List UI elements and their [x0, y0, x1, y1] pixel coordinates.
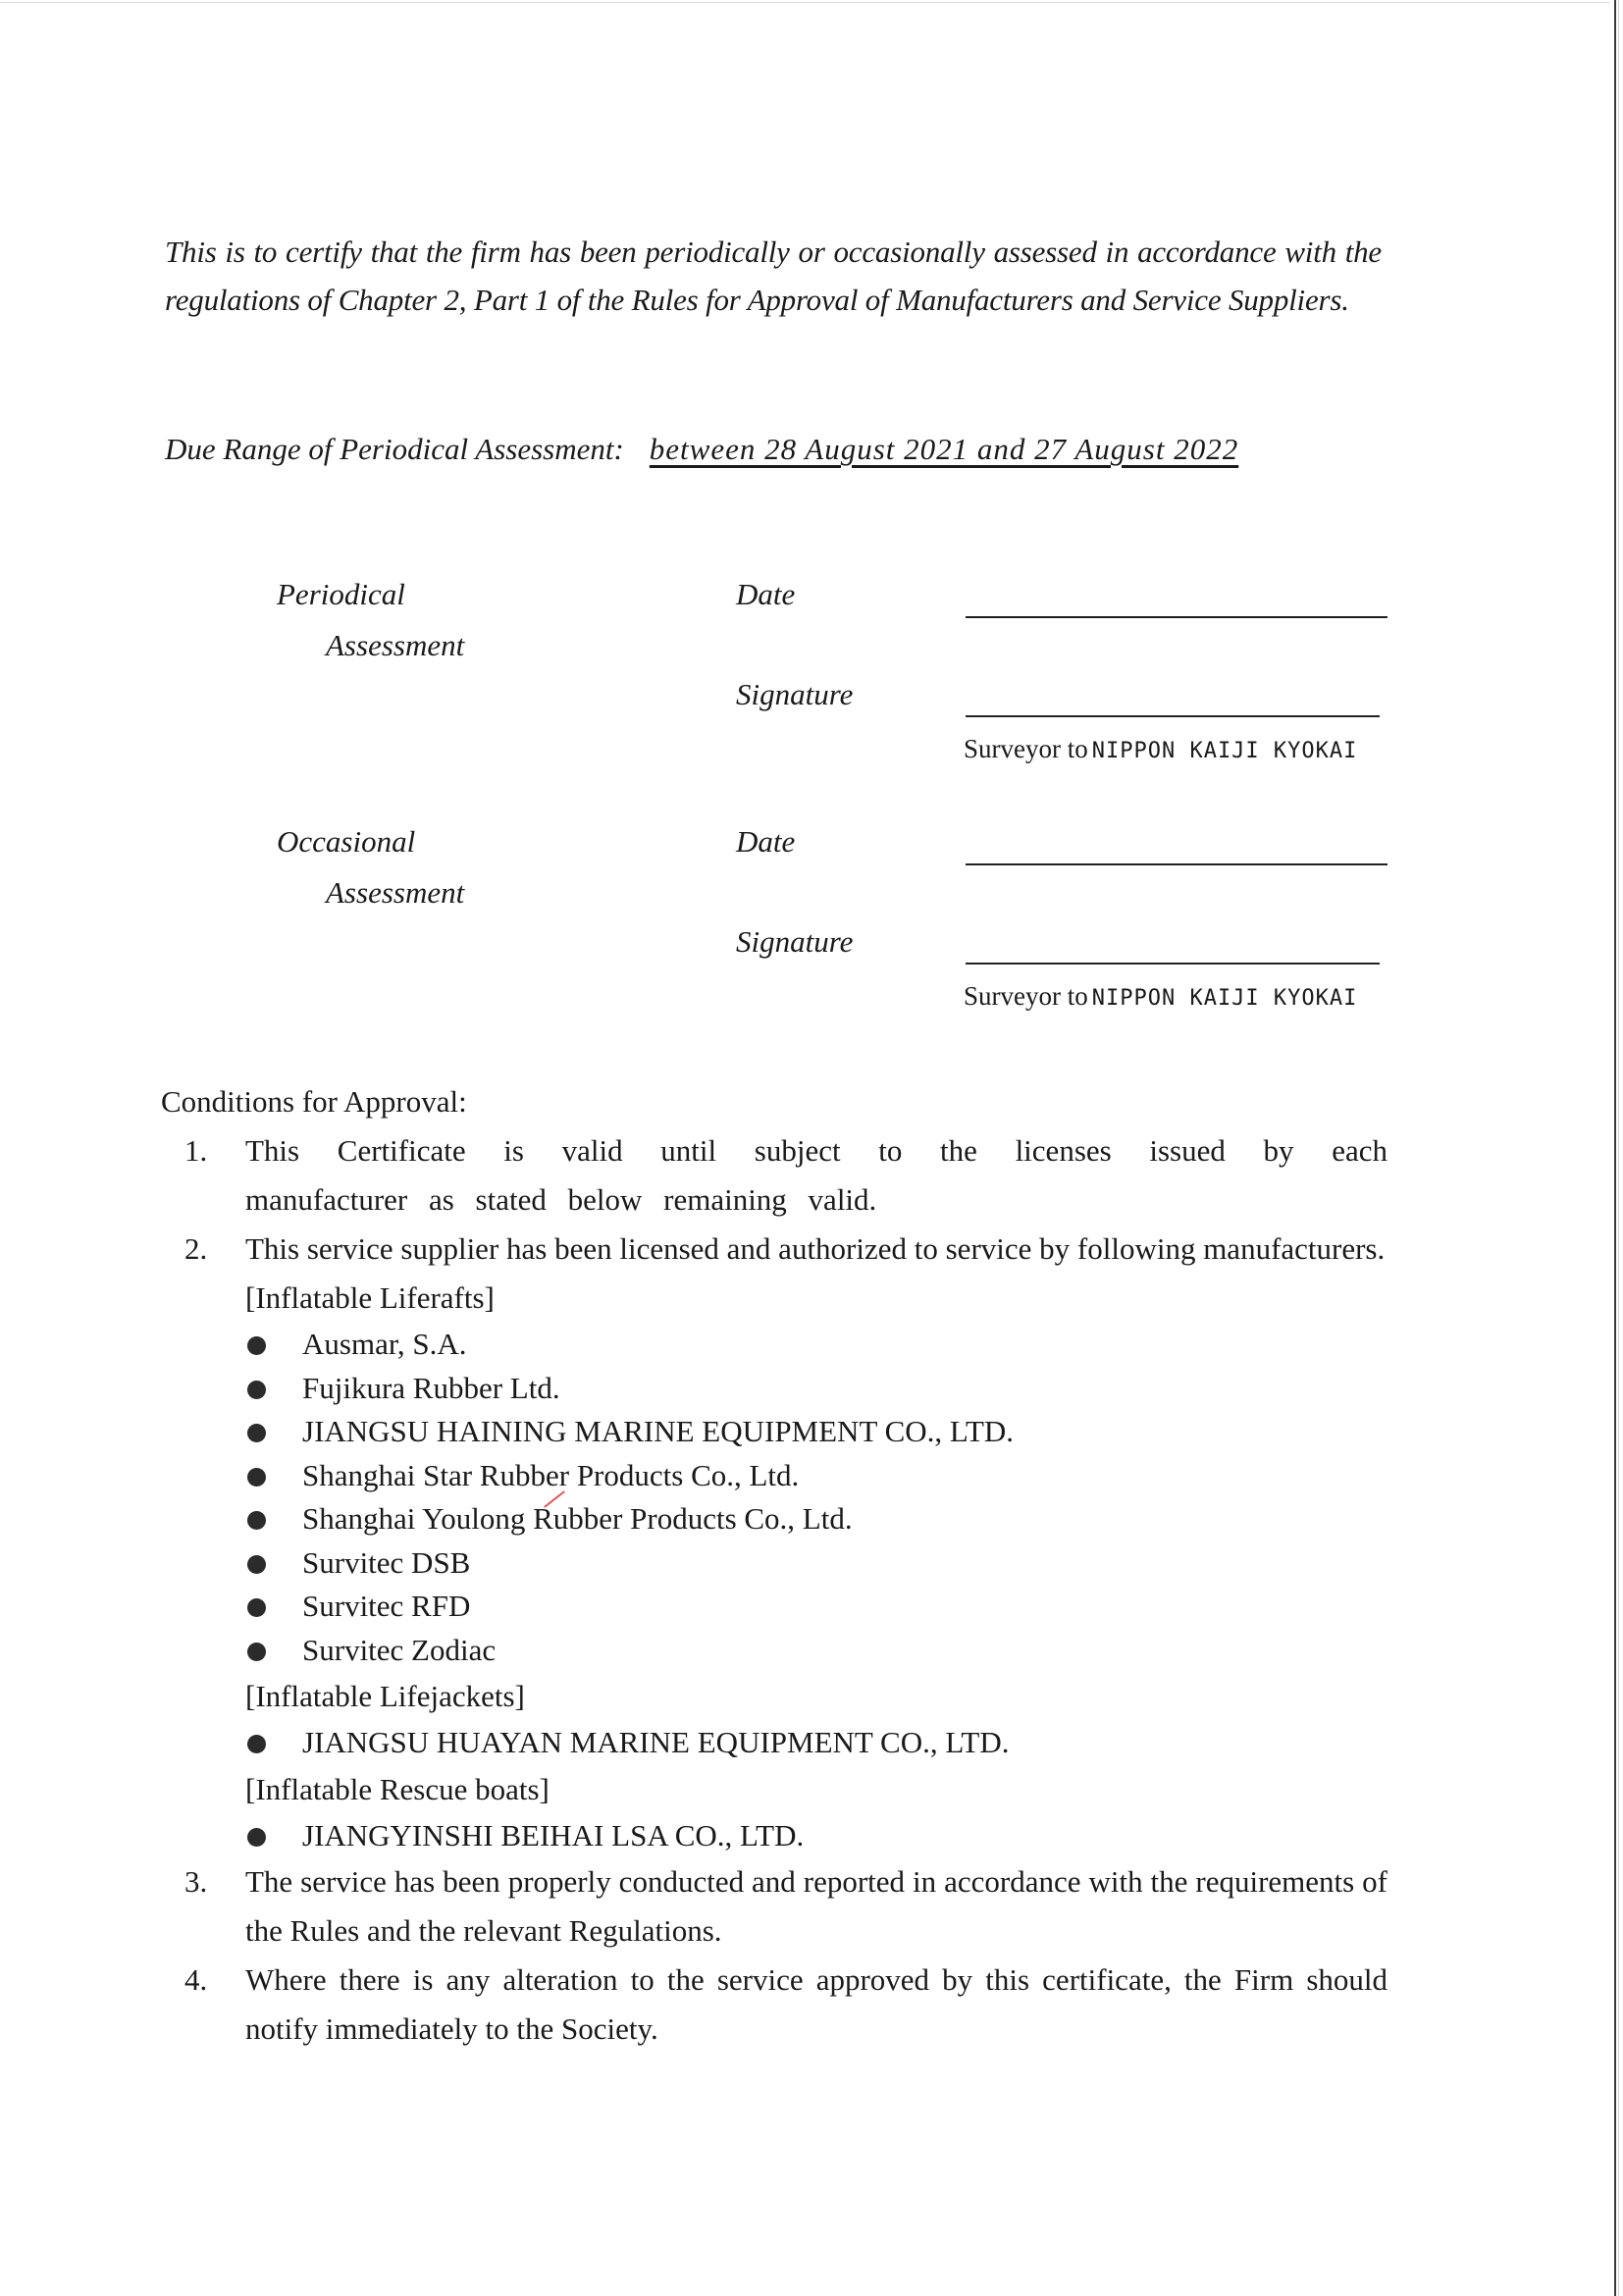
bullet-icon	[247, 1735, 266, 1753]
category-heading-lifejackets: [Inflatable Lifejackets]	[161, 1672, 1387, 1721]
bullet-icon	[247, 1555, 266, 1574]
periodical-date-label: Date	[736, 577, 795, 612]
manufacturer-item: JIANGSU HAINING MARINE EQUIPMENT CO., LT…	[161, 1410, 1387, 1454]
category-heading-liferafts: [Inflatable Liferafts]	[161, 1274, 1387, 1323]
due-range-value: between 28 August 2021 and 27 August 202…	[650, 432, 1238, 466]
condition-item-2: 2. This service supplier has been licens…	[161, 1225, 1387, 1274]
condition-number: 4.	[184, 1956, 207, 2005]
occasional-date-line[interactable]	[966, 863, 1387, 865]
manufacturer-name: Survitec Zodiac	[302, 1633, 496, 1667]
manufacturer-name: Shanghai Star Rubber Products Co., Ltd.	[302, 1458, 799, 1492]
occasional-label: Occasional	[277, 824, 415, 860]
occasional-signature-line[interactable]	[966, 963, 1380, 965]
manufacturer-item: Ausmar, S.A.	[161, 1323, 1387, 1367]
periodical-signature-label: Signature	[736, 677, 853, 712]
periodical-assessment-label: Assessment	[326, 628, 464, 663]
manufacturer-item: Shanghai Star Rubber Products Co., Ltd.	[161, 1454, 1387, 1498]
due-range: Due Range of Periodical Assessment:betwe…	[165, 432, 1238, 467]
surveyor-prefix: Surveyor to	[964, 734, 1088, 763]
scan-right-edge	[1614, 0, 1616, 2296]
bullet-icon	[247, 1828, 266, 1847]
manufacturer-name: Ausmar, S.A.	[302, 1327, 467, 1361]
surveyor-org: NIPPON KAIJI KYOKAI	[1092, 986, 1358, 1011]
due-range-label: Due Range of Periodical Assessment:	[165, 432, 624, 466]
manufacturer-item: Fujikura Rubber Ltd.	[161, 1367, 1387, 1411]
periodical-surveyor-caption: Surveyor toNIPPON KAIJI KYOKAI	[964, 734, 1357, 764]
conditions-section: Conditions for Approval: 1. This Certifi…	[161, 1077, 1387, 2054]
condition-item-1: 1. This Certificate is valid until subje…	[161, 1126, 1387, 1225]
scan-right-edge-shadow	[1618, 0, 1619, 2296]
periodical-date-line[interactable]	[966, 616, 1387, 618]
conditions-title: Conditions for Approval:	[161, 1077, 1387, 1126]
condition-text: The service has been properly conducted …	[245, 1864, 1387, 1948]
condition-item-4: 4. Where there is any alteration to the …	[161, 1956, 1387, 2054]
surveyor-prefix: Surveyor to	[964, 981, 1088, 1011]
bullet-icon	[247, 1424, 266, 1442]
manufacturer-item: JIANGSU HUAYAN MARINE EQUIPMENT CO., LTD…	[161, 1721, 1387, 1765]
occasional-signature-label: Signature	[736, 924, 853, 960]
periodical-label: Periodical	[277, 577, 405, 612]
occasional-assessment-label: Assessment	[326, 875, 464, 911]
bullet-icon	[247, 1336, 266, 1355]
condition-text: This service supplier has been licensed …	[245, 1231, 1385, 1266]
category-heading-rescue-boats: [Inflatable Rescue boats]	[161, 1765, 1387, 1814]
condition-number: 1.	[184, 1126, 207, 1175]
surveyor-org: NIPPON KAIJI KYOKAI	[1092, 739, 1358, 763]
manufacturer-name: Survitec DSB	[302, 1545, 470, 1580]
bullet-icon	[247, 1381, 266, 1399]
condition-number: 3.	[184, 1857, 207, 1906]
manufacturer-name: Survitec RFD	[302, 1589, 470, 1623]
manufacturer-item: Survitec DSB	[161, 1541, 1387, 1586]
manufacturer-item: Survitec RFD	[161, 1585, 1387, 1629]
condition-text: Where there is any alteration to the ser…	[245, 1962, 1387, 2046]
manufacturer-item: Shanghai Youlong Rubber Products Co., Lt…	[161, 1497, 1387, 1541]
manufacturer-name: Shanghai Youlong Rubber Products Co., Lt…	[302, 1501, 853, 1536]
bullet-icon	[247, 1468, 266, 1487]
condition-number: 2.	[184, 1225, 207, 1274]
manufacturer-name: JIANGYINSHI BEIHAI LSA CO., LTD.	[302, 1818, 804, 1852]
bullet-icon	[247, 1643, 266, 1661]
bullet-icon	[247, 1598, 266, 1617]
manufacturer-name: JIANGSU HAINING MARINE EQUIPMENT CO., LT…	[302, 1414, 1014, 1448]
occasional-date-label: Date	[736, 824, 795, 860]
bullet-icon	[247, 1511, 266, 1530]
certification-statement: This is to certify that the firm has bee…	[165, 228, 1382, 324]
manufacturer-item: Survitec Zodiac	[161, 1629, 1387, 1673]
occasional-surveyor-caption: Surveyor toNIPPON KAIJI KYOKAI	[964, 981, 1357, 1012]
manufacturer-name: JIANGSU HUAYAN MARINE EQUIPMENT CO., LTD…	[302, 1725, 1010, 1759]
manufacturer-item: JIANGYINSHI BEIHAI LSA CO., LTD.	[161, 1814, 1387, 1858]
periodical-signature-line[interactable]	[966, 715, 1380, 717]
scan-top-edge	[0, 2, 1609, 3]
manufacturer-name: Fujikura Rubber Ltd.	[302, 1371, 560, 1405]
condition-text: This Certificate is valid until subject …	[245, 1133, 1387, 1217]
condition-item-3: 3. The service has been properly conduct…	[161, 1857, 1387, 1956]
